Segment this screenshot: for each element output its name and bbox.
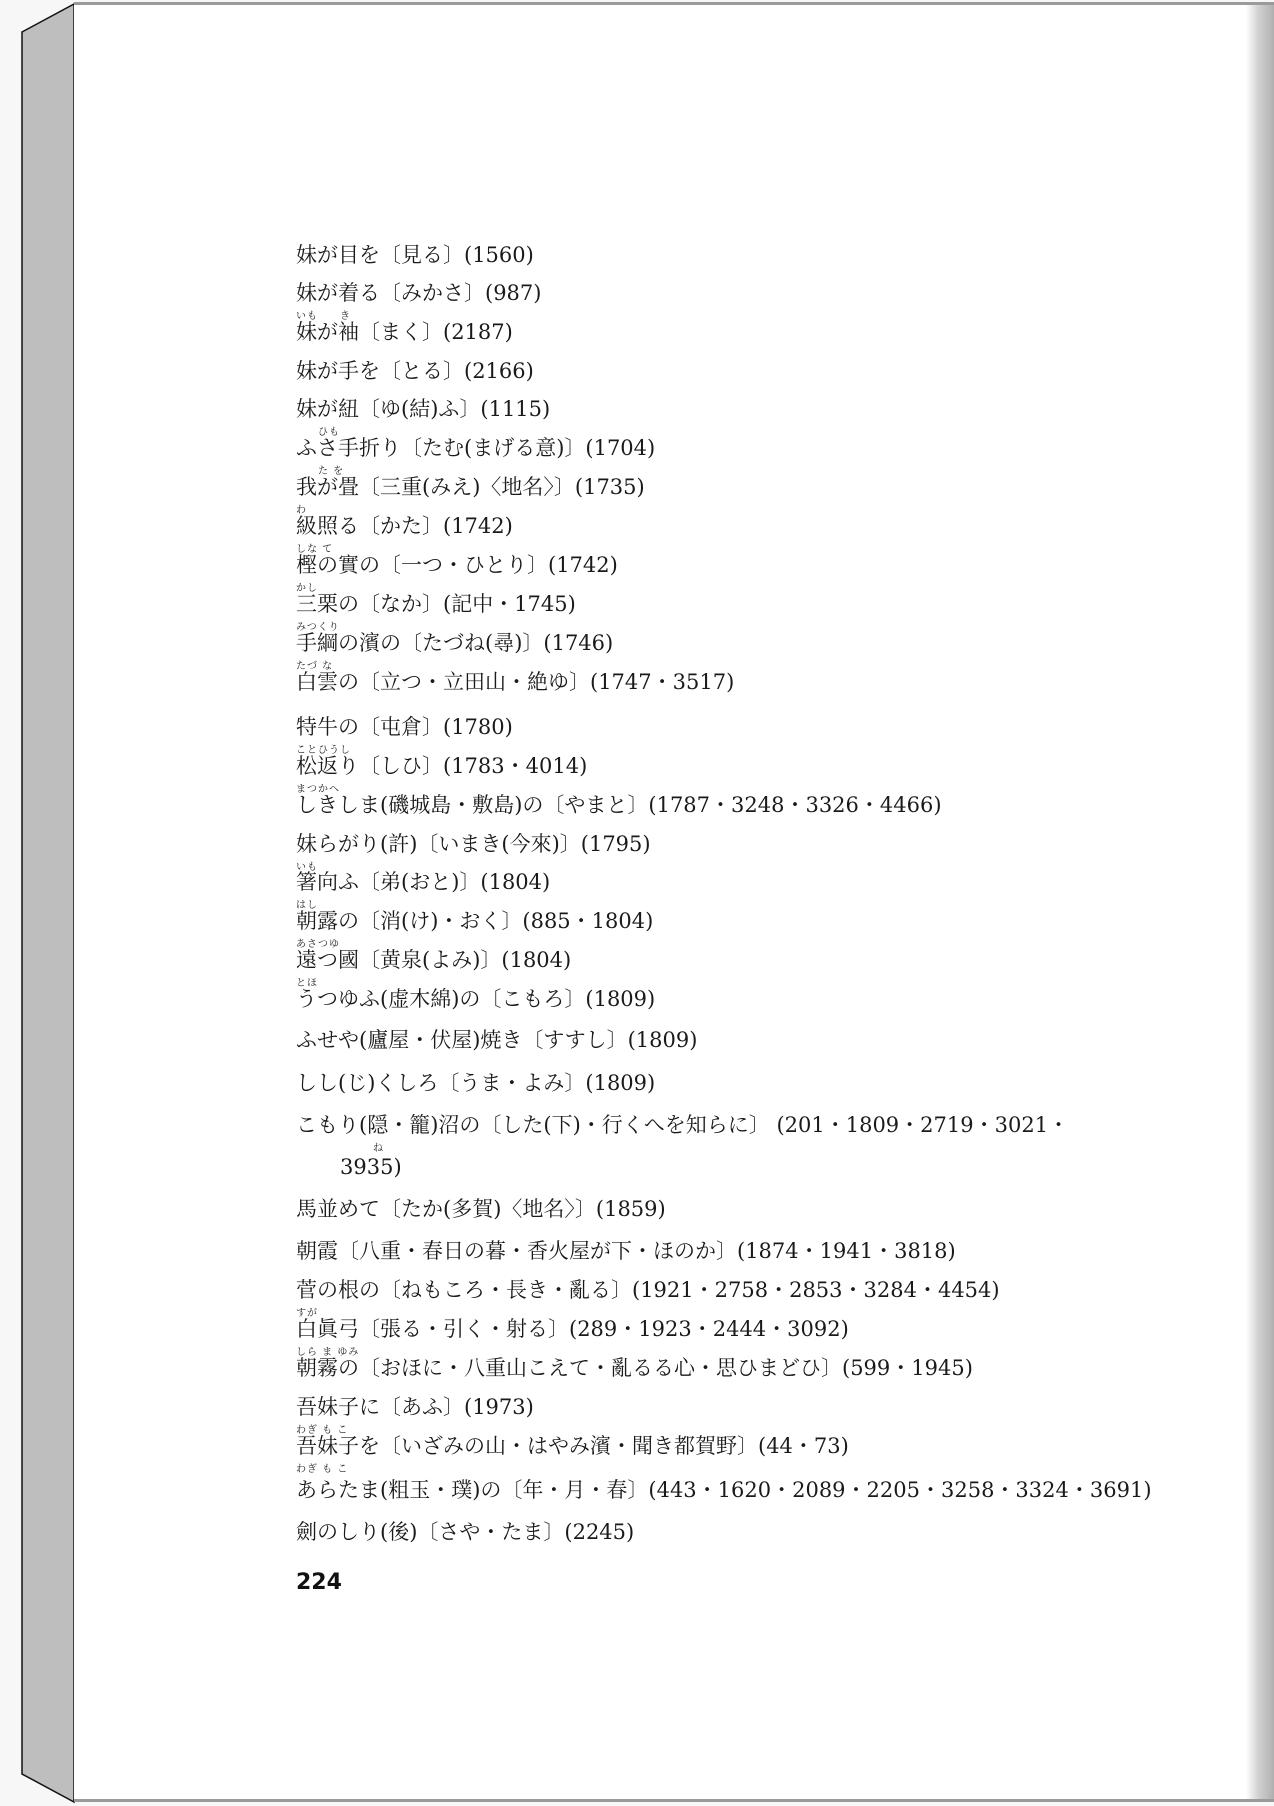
index-entry: 箸向ふ〔弟(おと)〕(1804) xyxy=(296,869,550,895)
index-entry: 三栗の〔なか〕(記中・1745) xyxy=(296,591,576,617)
index-entry: 妹が着る〔みかさ〕(987) xyxy=(296,280,541,306)
index-entry: 樫の實の〔一つ・ひとり〕(1742) xyxy=(296,552,618,578)
page-edge-shadow xyxy=(1246,5,1274,1799)
index-entry: 白眞弓〔張る・引く・射る〕(289・1923・2444・3092) xyxy=(296,1316,849,1342)
index-entry: 馬並めて〔たか(多賀)〈地名〉〕(1859) xyxy=(296,1196,666,1222)
index-entry: 妹が手を〔とる〕(2166) xyxy=(296,358,534,384)
page-number: 224 xyxy=(296,1570,342,1595)
index-entry: 級照る〔かた〕(1742) xyxy=(296,513,513,539)
index-entry: 松返り〔しひ〕(1783・4014) xyxy=(296,753,587,779)
index-entry: 遠つ國〔黄泉(よみ)〕(1804) xyxy=(296,947,571,973)
index-entry-continuation: 3935) xyxy=(340,1154,402,1180)
index-entry: こもり(隠・籠)沼の〔した(下)・行くへを知らに〕 (201・1809・2719… xyxy=(296,1112,1069,1138)
index-entry: しきしま(磯城島・敷島)の〔やまと〕(1787・3248・3326・4466) xyxy=(296,792,942,818)
furigana: わぎ も こ xyxy=(296,1460,348,1475)
index-entry: 朝露の〔消(け)・おく〕(885・1804) xyxy=(296,908,653,934)
index-entry: 特牛の〔屯倉〕(1780) xyxy=(296,714,513,740)
index-entry: 朝霞〔八重・春日の暮・香火屋が下・ほのか〕(1874・1941・3818) xyxy=(296,1238,956,1264)
index-entry: 我が畳〔三重(みえ)〈地名〉〕(1735) xyxy=(296,474,645,500)
index-entry: 妹らがり(許)〔いまき(今來)〕(1795) xyxy=(296,831,651,857)
index-entry: うつゆふ(虚木綿)の〔こもろ〕(1809) xyxy=(296,986,655,1012)
index-entry: 白雲の〔立つ・立田山・絶ゆ〕(1747・3517) xyxy=(296,669,734,695)
index-entry: ふせや(廬屋・伏屋)焼き〔すすし〕(1809) xyxy=(296,1027,697,1053)
index-entry: 妹が紐〔ゆ(結)ふ〕(1115) xyxy=(296,396,550,422)
index-entry: 妹が袖〔まく〕(2187) xyxy=(296,319,513,345)
book-spine xyxy=(0,0,80,1806)
book-page xyxy=(74,2,1274,1802)
index-entry: 吾妹子を〔いざみの山・はやみ濱・聞き都賀野〕(44・73) xyxy=(296,1433,849,1459)
index-entry: 妹が目を〔見る〕(1560) xyxy=(296,242,534,268)
index-entry: 吾妹子に〔あふ〕(1973) xyxy=(296,1394,534,1420)
index-entry: あらたま(粗玉・璞)の〔年・月・春〕(443・1620・2089・2205・32… xyxy=(296,1477,1152,1503)
index-entry: 菅の根の〔ねもころ・長き・亂る〕(1921・2758・2853・3284・445… xyxy=(296,1277,1000,1303)
index-entry: しし(じ)くしろ〔うま・よみ〕(1809) xyxy=(296,1070,655,1096)
index-entry: 手綱の濱の〔たづね(尋)〕(1746) xyxy=(296,630,613,656)
index-entry: 朝霧の〔おほに・八重山こえて・亂るる心・思ひまどひ〕(599・1945) xyxy=(296,1355,973,1381)
index-entry: 劍のしり(後)〔さや・たま〕(2245) xyxy=(296,1519,634,1545)
furigana: ね xyxy=(296,1139,384,1154)
index-entry: ふさ手折り〔たむ(まげる意)〕(1704) xyxy=(296,435,655,461)
